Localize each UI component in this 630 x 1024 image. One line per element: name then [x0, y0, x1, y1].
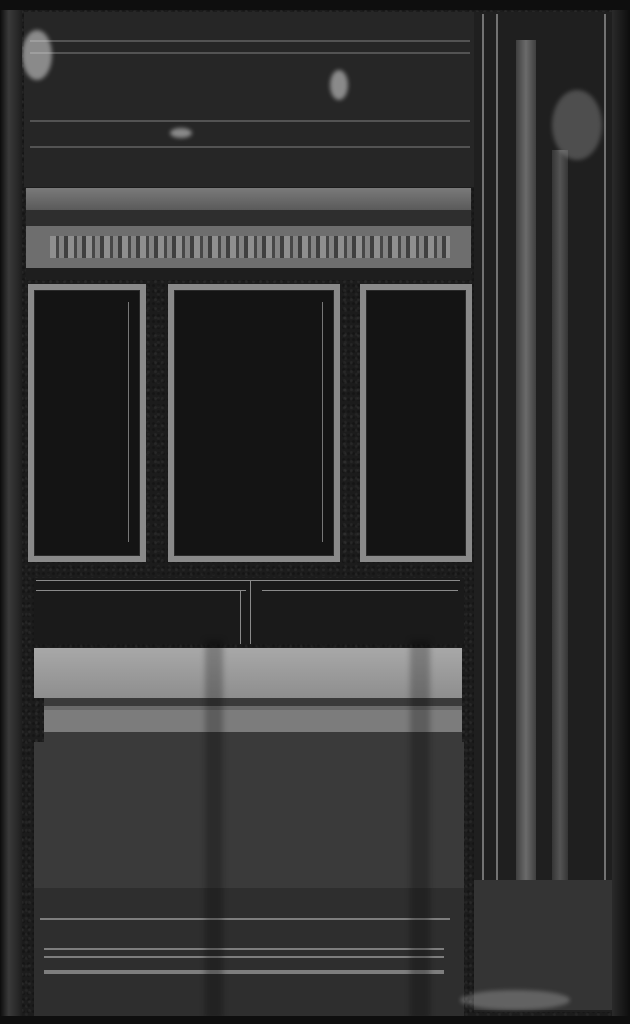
upper-line — [30, 120, 470, 122]
band-line — [36, 580, 460, 581]
cornice-shadow — [26, 210, 471, 226]
skirting-line — [44, 956, 444, 958]
bottom-edge — [0, 1016, 630, 1024]
right-edge — [612, 0, 630, 1024]
pale-band — [34, 648, 462, 698]
skirting-line — [44, 970, 444, 974]
lower-dark-band — [34, 578, 464, 644]
shadow-streak — [410, 640, 430, 1020]
plaster-stain — [170, 128, 192, 138]
panel-inner-line — [180, 302, 323, 542]
pilaster — [516, 40, 536, 880]
pilaster — [552, 150, 568, 880]
right-column-area — [474, 12, 612, 1012]
column-line — [604, 14, 606, 1004]
left-edge — [0, 0, 22, 1024]
dado-zone — [34, 742, 464, 890]
cornice-band — [26, 188, 471, 210]
right-panel — [360, 284, 472, 562]
upper-line — [30, 40, 470, 42]
shadow-streak — [205, 640, 223, 1020]
plaster-stain — [330, 70, 348, 100]
frieze-shadow — [26, 268, 471, 280]
upper-line — [30, 52, 470, 54]
band-line — [36, 590, 246, 591]
top-edge — [0, 0, 630, 10]
skirting-line — [44, 948, 444, 950]
skirting-zone — [34, 888, 464, 1018]
column-line — [496, 14, 498, 894]
column-line — [482, 14, 484, 894]
meander-pattern — [50, 236, 450, 258]
upper-line — [30, 146, 470, 148]
fresco-photograph — [0, 0, 630, 1024]
panel-inner-line — [40, 302, 129, 542]
band-divider — [250, 580, 251, 644]
molding-band — [44, 698, 462, 742]
plaster-stain — [552, 90, 602, 160]
left-panel — [28, 284, 146, 562]
center-panel — [168, 284, 340, 562]
skirting-line — [40, 918, 450, 920]
band-divider — [240, 590, 241, 644]
band-line — [262, 590, 458, 591]
plaster-stain — [22, 30, 52, 80]
upper-wall-zone — [24, 12, 474, 187]
plaster-stain — [460, 990, 570, 1010]
